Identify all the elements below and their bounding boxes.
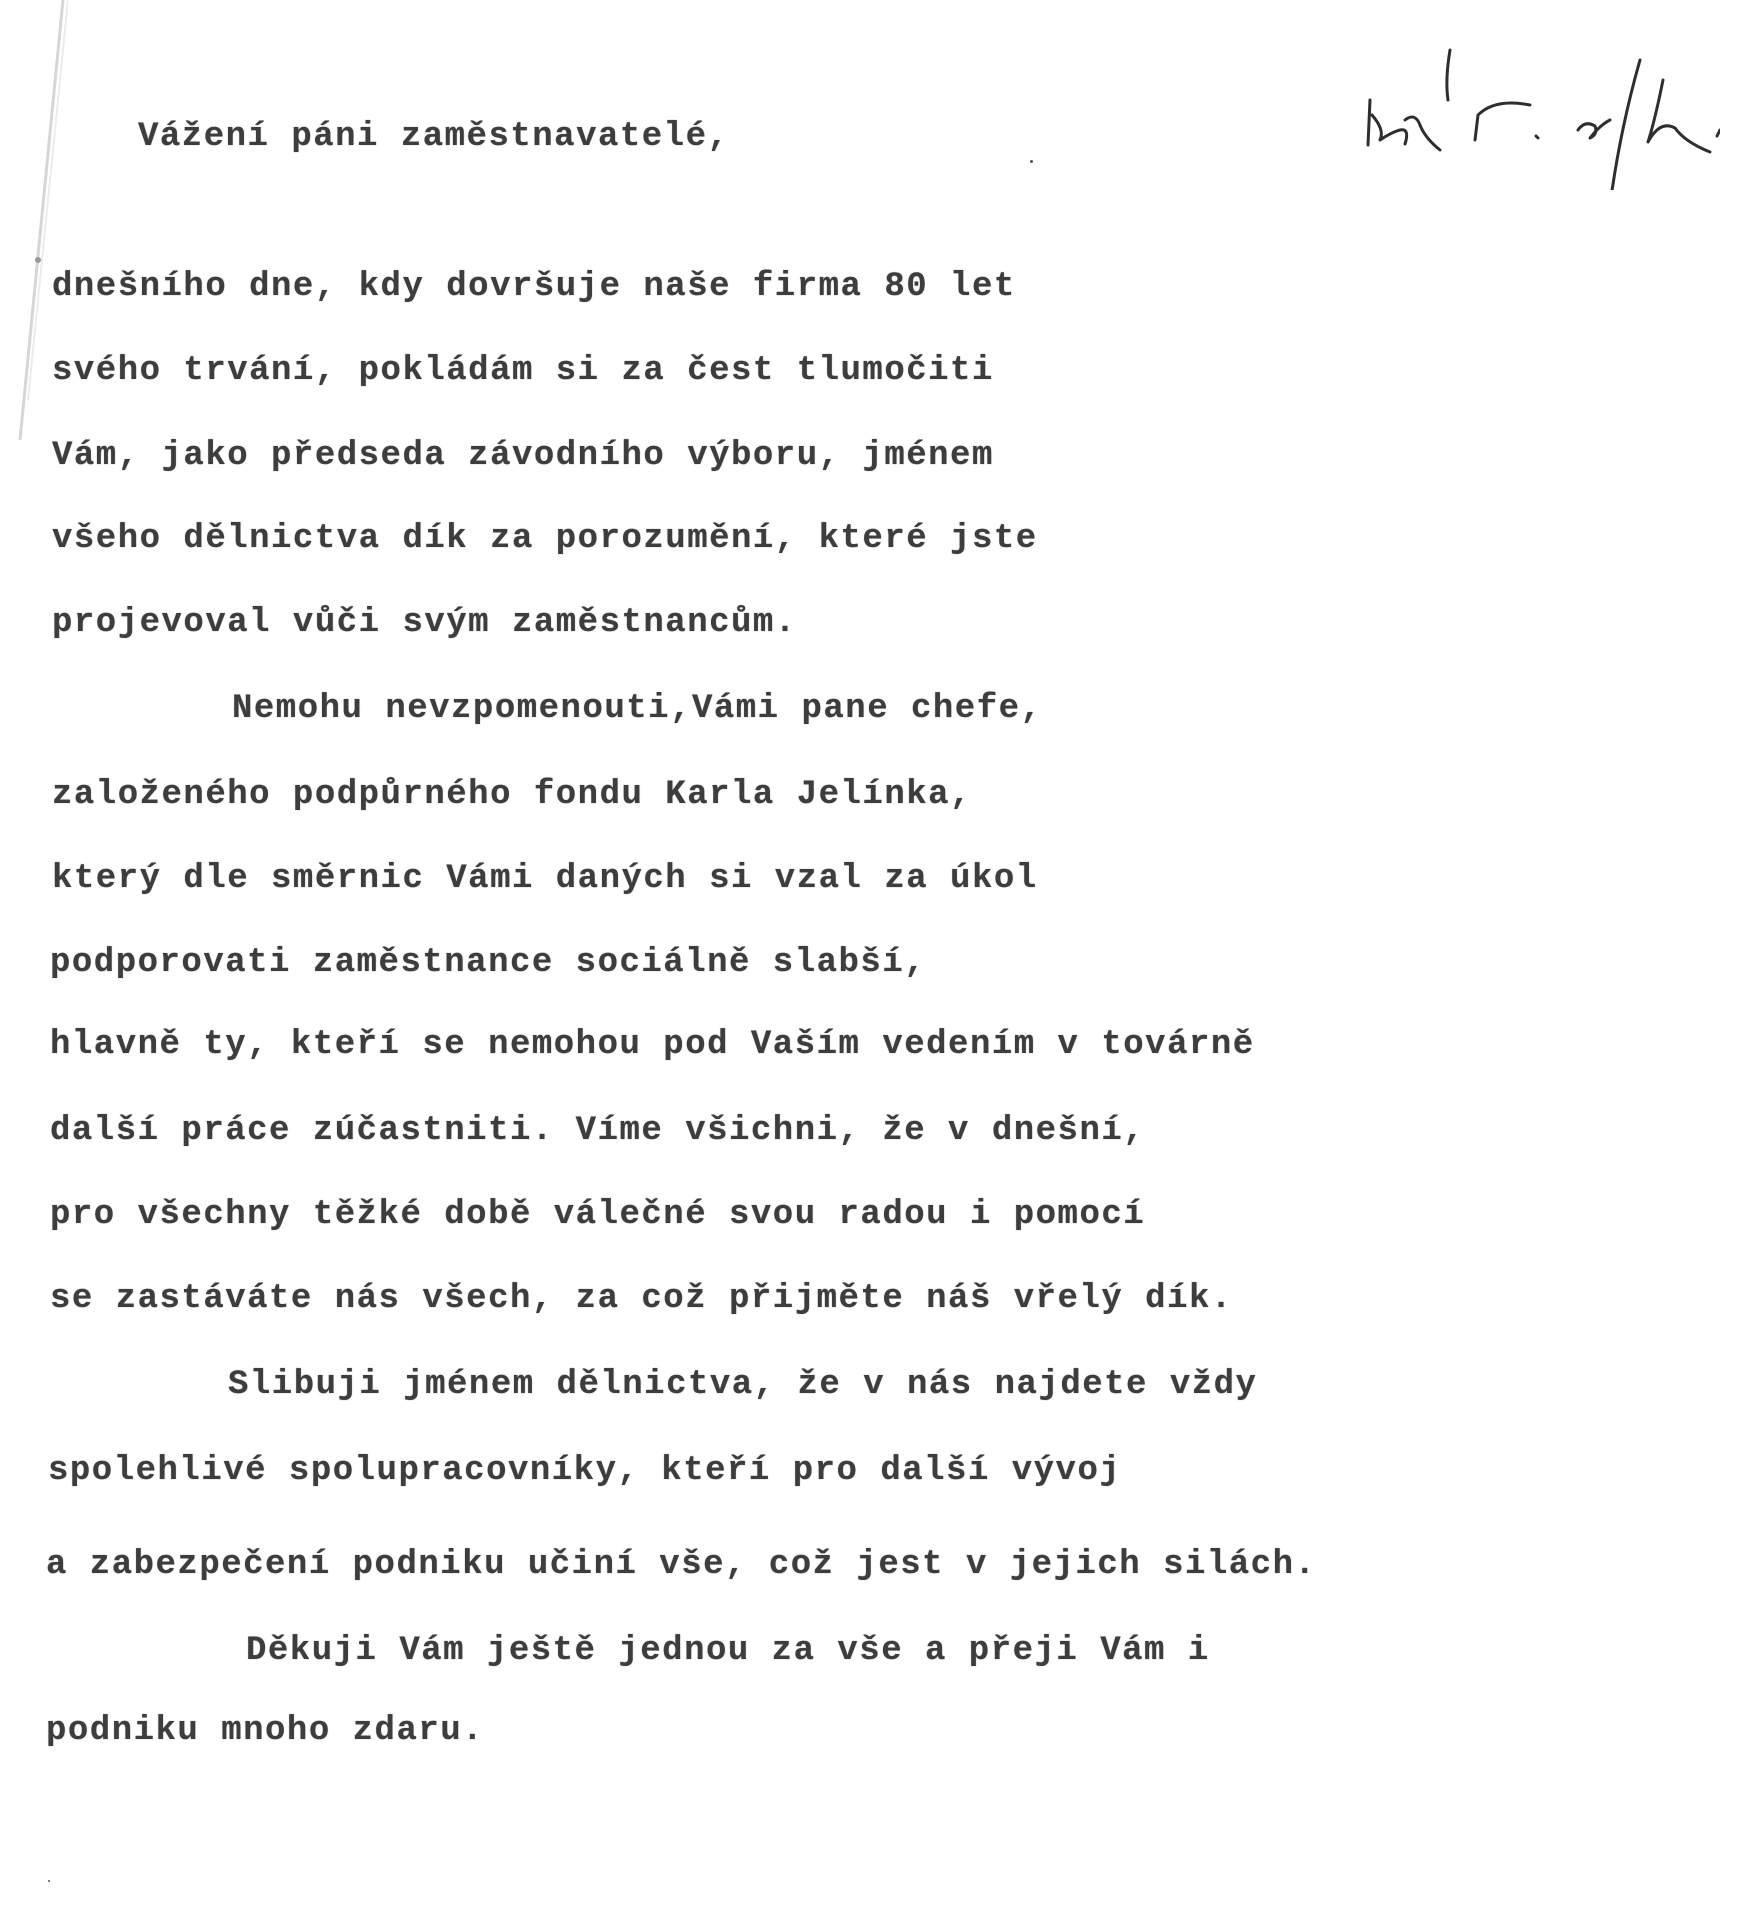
letter-line-12: pro všechny těžké době válečné svou rado…: [50, 1196, 1145, 1234]
salutation: Vážení páni zaměstnavatelé,: [138, 118, 729, 156]
letter-line-7: založeného podpůrného fondu Karla Jelínk…: [52, 776, 972, 814]
typewritten-letter-page: Vážení páni zaměstnavatelé, dnešního dne…: [0, 0, 1763, 1920]
handwritten-annotation: [1280, 20, 1720, 190]
letter-line-15: spolehlivé spolupracovníky, kteří pro da…: [48, 1452, 1121, 1490]
page-edge-shadow: [8, 0, 68, 460]
letter-line-17: Děkuji Vám ještě jednou za vše a přeji V…: [246, 1632, 1210, 1670]
letter-line-16: a zabezpečení podniku učiní vše, což jes…: [46, 1546, 1316, 1584]
letter-line-6: Nemohu nevzpomenouti,Vámi pane chefe,: [232, 690, 1042, 728]
letter-line-5: projevoval vůči svým zaměstnancům.: [52, 604, 797, 642]
letter-line-10: hlavně ty, kteří se nemohou pod Vaším ve…: [50, 1026, 1255, 1064]
letter-line-9: podporovati zaměstnance sociálně slabší,: [50, 944, 926, 982]
scan-speck: [1030, 160, 1033, 163]
scan-speck: [48, 1880, 50, 1882]
letter-line-8: který dle směrnic Vámi daných si vzal za…: [52, 860, 1038, 898]
letter-line-1: dnešního dne, kdy dovršuje naše firma 80…: [52, 268, 1016, 306]
letter-line-18: podniku mnoho zdaru.: [46, 1712, 484, 1750]
letter-line-2: svého trvání, pokládám si za čest tlumoč…: [52, 352, 994, 390]
letter-line-11: další práce zúčastniti. Víme všichni, že…: [50, 1112, 1145, 1150]
letter-line-4: všeho dělnictva dík za porozumění, které…: [52, 520, 1038, 558]
letter-line-3: Vám, jako předseda závodního výboru, jmé…: [52, 437, 994, 475]
letter-line-14: Slibuji jménem dělnictva, že v nás najde…: [228, 1366, 1257, 1404]
letter-line-13: se zastáváte nás všech, za což přijměte …: [50, 1280, 1233, 1318]
